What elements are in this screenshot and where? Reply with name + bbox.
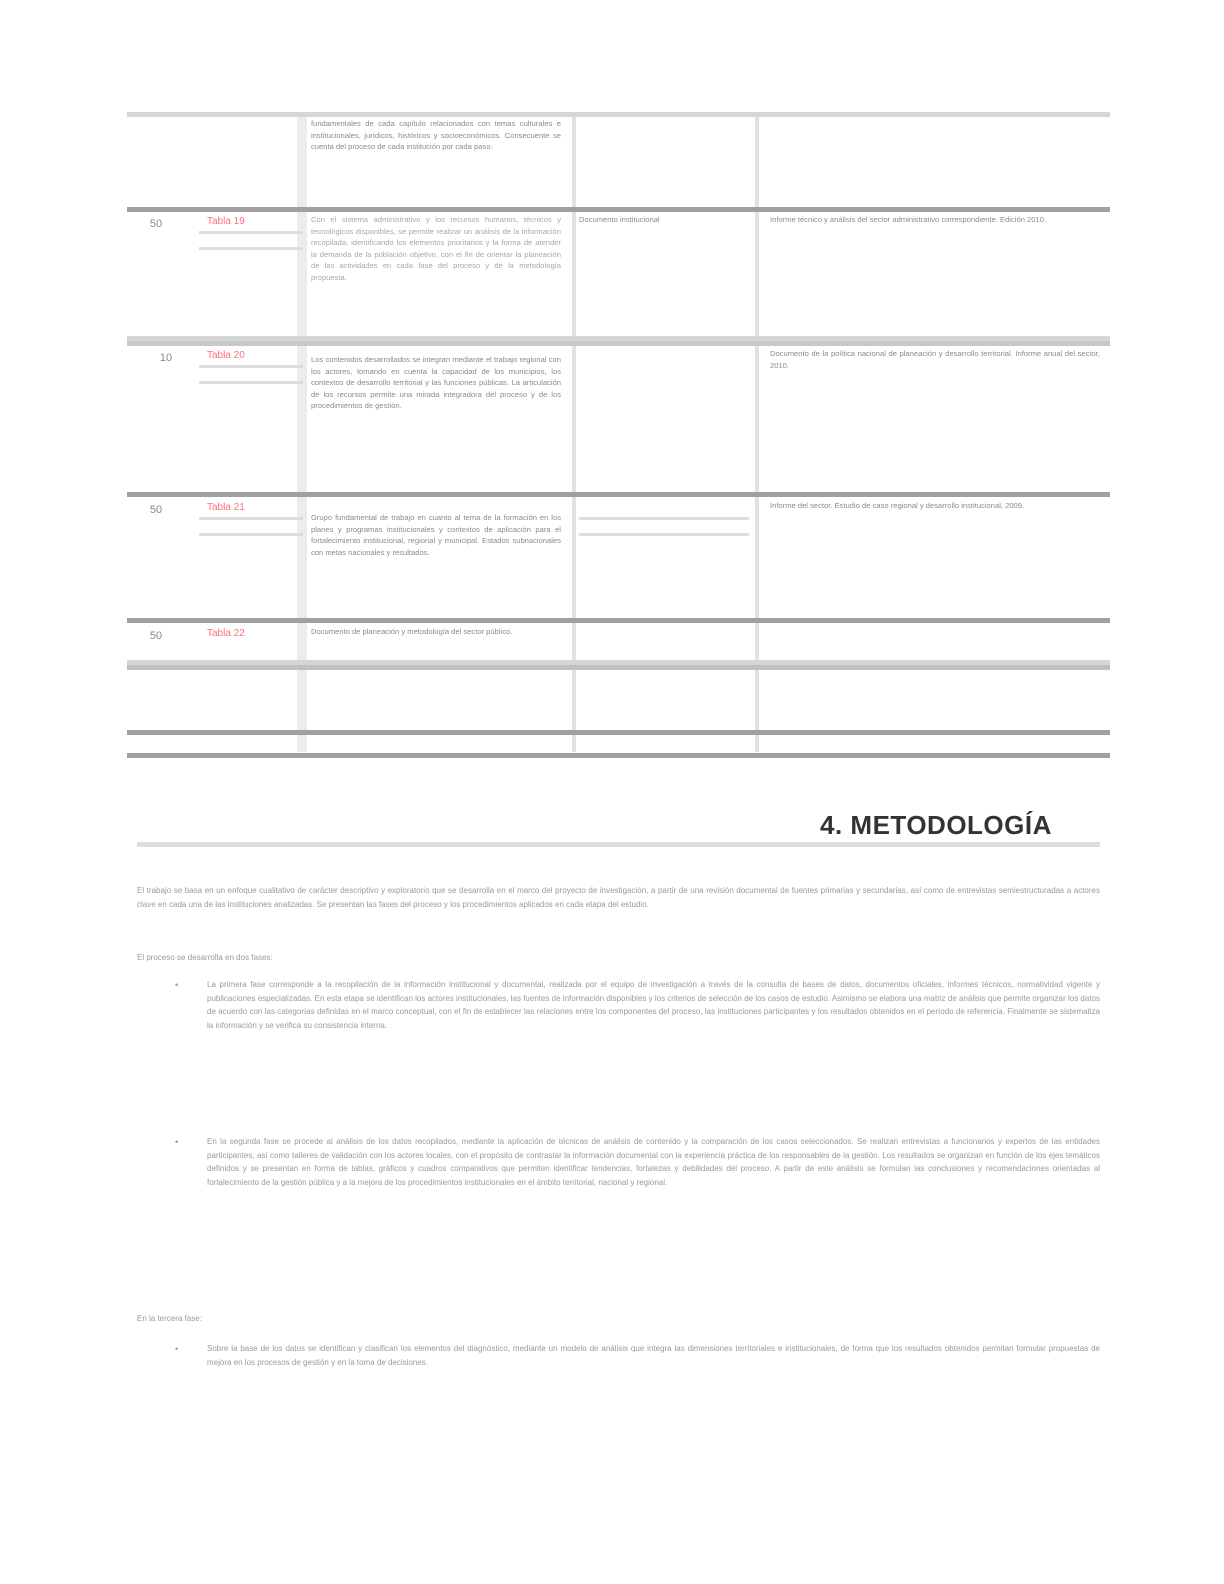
bullet-icon: • bbox=[175, 1344, 178, 1354]
notes-cell: Informe técnico y análisis del sector ad… bbox=[770, 214, 1100, 226]
notes-cell: Documento de la política nacional de pla… bbox=[770, 348, 1100, 371]
cell-divider bbox=[199, 231, 303, 234]
bullet-icon: • bbox=[175, 1137, 178, 1147]
phases-label: El proceso se desarrolla en dos fases: bbox=[137, 951, 1100, 965]
row-number: 10 bbox=[151, 352, 181, 364]
row-divider bbox=[127, 753, 1110, 758]
cell-divider bbox=[579, 533, 749, 536]
description-cell: Con el sistema administrativo y los recu… bbox=[311, 214, 561, 338]
table-reference-link[interactable]: Tabla 21 bbox=[207, 502, 245, 513]
table-row: 50 Tabla 19 Con el sistema administrativ… bbox=[127, 212, 1110, 340]
bullet-paragraph: En la segunda fase se procede al análisi… bbox=[207, 1135, 1100, 1189]
cell-divider bbox=[199, 517, 303, 520]
cell-divider bbox=[199, 365, 303, 368]
heading-rule bbox=[137, 842, 1100, 847]
bullet-paragraph: La primera fase corresponde a la recopil… bbox=[207, 978, 1100, 1032]
row-number: 50 bbox=[141, 218, 171, 230]
row-divider bbox=[127, 665, 1110, 670]
row-divider bbox=[127, 618, 1110, 623]
cell-divider bbox=[579, 517, 749, 520]
row-divider bbox=[127, 112, 1110, 117]
row-divider bbox=[127, 730, 1110, 735]
description-cell: Los contenidos desarrollados se integran… bbox=[311, 354, 561, 494]
table-reference-link[interactable]: Tabla 22 bbox=[207, 628, 245, 639]
row-number: 50 bbox=[141, 504, 171, 516]
table-reference-link[interactable]: Tabla 20 bbox=[207, 350, 245, 361]
section-heading: 4. METODOLOGÍA bbox=[820, 810, 1052, 841]
results-label: En la tercera fase: bbox=[137, 1312, 1100, 1326]
table-row: 50 Tabla 22 Documento de planeación y me… bbox=[127, 624, 1110, 660]
table-reference-link[interactable]: Tabla 19 bbox=[207, 216, 245, 227]
row-number: 50 bbox=[141, 630, 171, 642]
bullet-paragraph: Sobre la base de los datos se identifica… bbox=[207, 1342, 1100, 1369]
intro-paragraph: El trabajo se basa en un enfoque cualita… bbox=[137, 884, 1100, 911]
cell-divider bbox=[199, 533, 303, 536]
notes-cell: Informe del sector. Estudio de caso regi… bbox=[770, 500, 1100, 512]
description-cell: Documento de planeación y metodología de… bbox=[311, 626, 561, 656]
table-row: 50 Tabla 21 Grupo fundamental de trabajo… bbox=[127, 498, 1110, 618]
bullet-icon: • bbox=[175, 980, 178, 990]
continued-description-cell: fundamentales de cada capítulo relaciona… bbox=[311, 118, 561, 206]
table-row: 10 Tabla 20 Los contenidos desarrollados… bbox=[127, 346, 1110, 496]
description-cell: Grupo fundamental de trabajo en cuanto a… bbox=[311, 512, 561, 618]
cell-divider bbox=[199, 381, 303, 384]
source-cell: Documento institucional bbox=[579, 214, 749, 226]
cell-divider bbox=[199, 247, 303, 250]
row-divider bbox=[127, 492, 1110, 497]
